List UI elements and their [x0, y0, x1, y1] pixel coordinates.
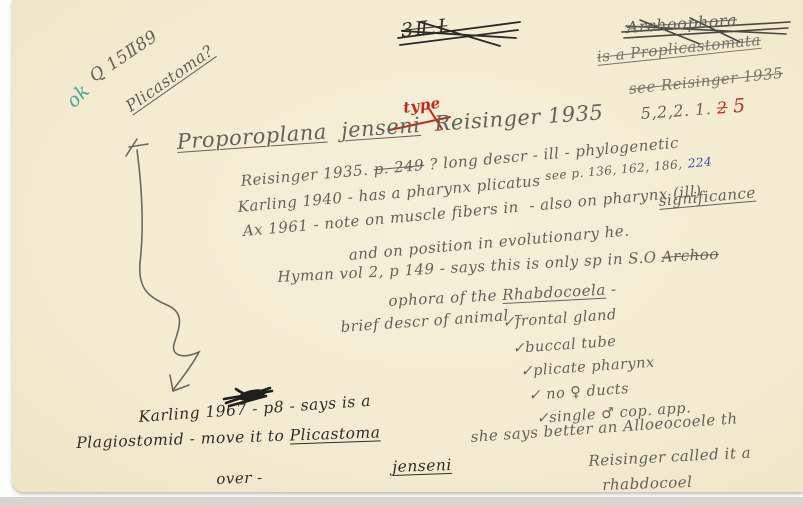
over-note: over -: [216, 468, 263, 488]
karling67-taxon: Plicastoma: [289, 423, 380, 444]
catalog-code-new-red: 5: [732, 95, 746, 118]
ref4-crossed-word: Archoo: [661, 245, 719, 266]
scan-background-bottom: [0, 497, 803, 506]
catalog-code-pencil: 5,2,2. 1.: [640, 99, 712, 123]
scan-background-left: [0, 0, 12, 506]
catalog-code-old-red: 2: [716, 98, 728, 118]
ref2-page-blue: 224: [687, 154, 713, 170]
karling67-species: jenseni: [392, 456, 452, 476]
rhabdocoel-note: rhabdocoel: [602, 473, 693, 494]
ref4-dash: -: [611, 280, 618, 298]
scanned-index-card-page: { "card_type": "handwritten taxonomic in…: [0, 0, 803, 506]
